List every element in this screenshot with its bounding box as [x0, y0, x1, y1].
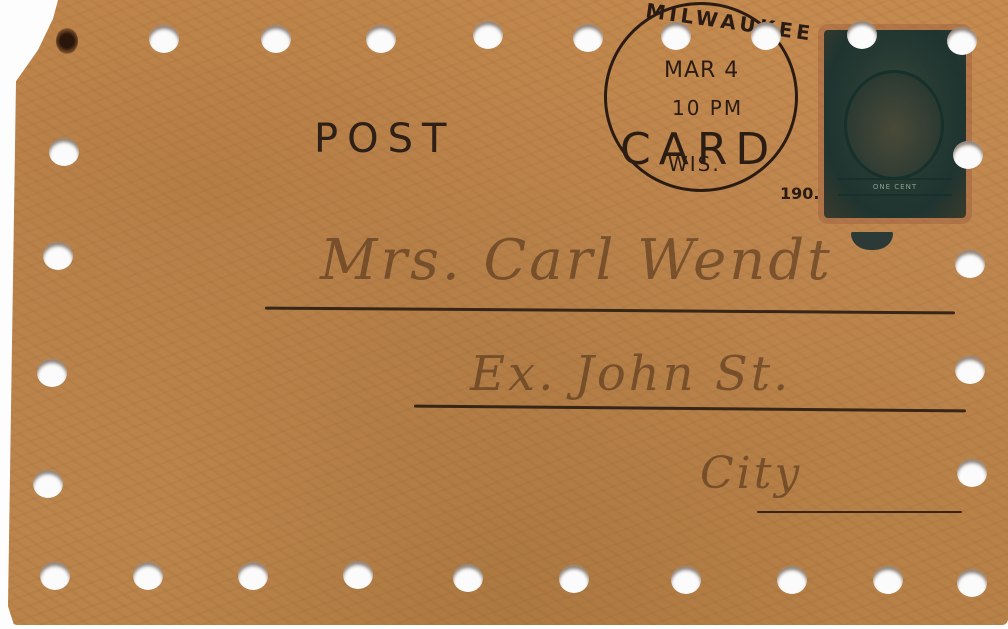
lacing-hole: [847, 21, 877, 49]
lacing-hole: [261, 25, 291, 53]
address-line-1: Mrs. Carl Wendt: [320, 228, 833, 293]
lacing-hole: [671, 566, 701, 594]
lacing-hole: [40, 562, 70, 590]
burn-mark: [56, 28, 78, 54]
printed-post-label: POST: [314, 116, 455, 162]
lacing-hole: [149, 25, 179, 53]
lacing-hole: [33, 470, 63, 498]
lacing-hole: [947, 27, 977, 55]
address-rule-3: [757, 511, 962, 513]
lacing-hole: [343, 561, 373, 589]
lacing-hole: [43, 242, 73, 270]
address-line-2: Ex. John St.: [470, 346, 791, 402]
lacing-hole: [955, 356, 985, 384]
lacing-hole: [957, 459, 987, 487]
lacing-hole: [573, 24, 603, 52]
lacing-hole: [238, 562, 268, 590]
postmark-year: 190.: [780, 184, 819, 203]
lacing-hole: [473, 21, 503, 49]
lacing-hole: [957, 569, 987, 597]
postmark-time: 10 PM: [672, 96, 743, 120]
lacing-hole: [133, 562, 163, 590]
lacing-hole: [751, 22, 781, 50]
address-line-3: City: [700, 448, 802, 499]
lacing-hole: [873, 566, 903, 594]
lacing-hole: [453, 564, 483, 592]
stamp-portrait: [844, 70, 944, 180]
printed-card-label: CARD: [620, 124, 777, 175]
lacing-hole: [955, 250, 985, 278]
postage-stamp: ONE CENT: [824, 30, 966, 218]
postmark-date: MAR 4: [664, 58, 739, 83]
lacing-hole: [953, 141, 983, 169]
lacing-hole: [661, 22, 691, 50]
lacing-hole: [559, 565, 589, 593]
lacing-hole: [37, 359, 67, 387]
lacing-hole: [49, 138, 79, 166]
stamp-denomination: ONE CENT: [838, 178, 952, 196]
lacing-hole: [366, 25, 396, 53]
lacing-hole: [777, 566, 807, 594]
